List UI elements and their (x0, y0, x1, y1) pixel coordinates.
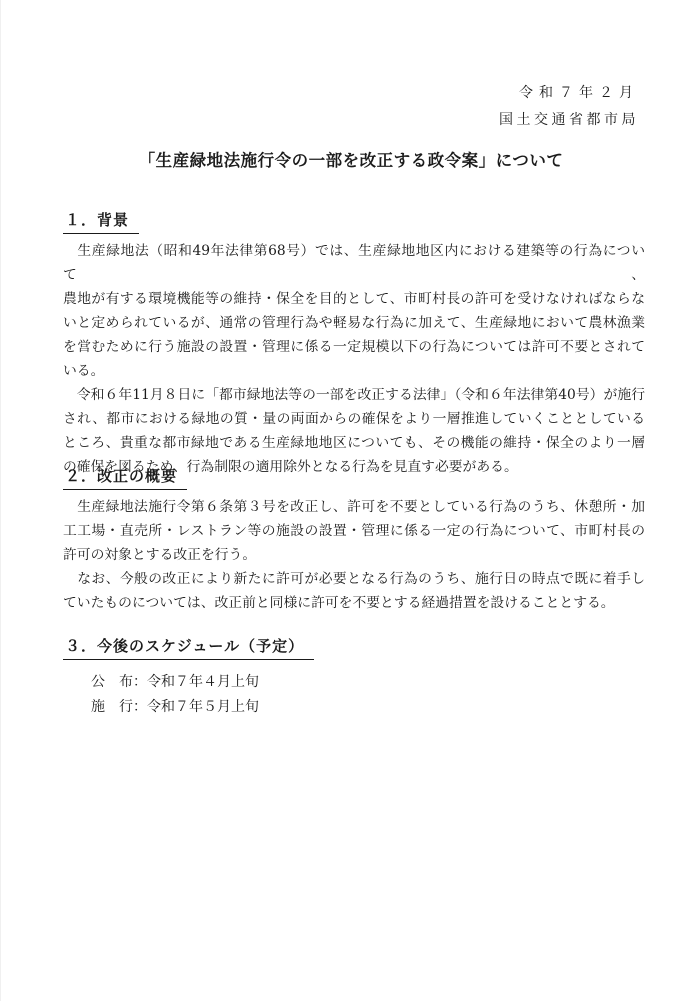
paragraph-line: 工工場・直売所・レストラン等の施設の設置・管理に係る一定の行為について、市町村長… (63, 519, 645, 543)
section-3-heading: ３．今後のスケジュール（予定） (63, 636, 645, 660)
paragraph-line: 生産緑地法施行令第６条第３号を改正し、許可を不要としている行為のうち、休憩所・加 (63, 495, 645, 519)
schedule-item-enforcement: 施 行：令和７年５月上旬 (91, 695, 645, 720)
section-3-heading-text: ３．今後のスケジュール（予定） (63, 636, 314, 660)
section-1-heading: １．背景 (63, 210, 645, 234)
document-title: 「生産緑地法施行令の一部を改正する政令案」について (1, 147, 700, 171)
section-1-heading-text: １．背景 (63, 210, 139, 234)
paragraph-line: 生産緑地法（昭和49年法律第68号）では、生産緑地地区内における建築等の行為につ… (63, 239, 645, 287)
document-date: 令和７年２月 (499, 80, 639, 107)
section-amendment-outline: ２．改正の概要 生産緑地法施行令第６条第３号を改正し、許可を不要としている行為の… (63, 466, 645, 615)
paragraph-line: 令和６年11月８日に「都市緑地法等の一部を改正する法律」（令和６年法律第40号）… (63, 383, 645, 407)
document-page: 令和７年２月 国土交通省都市局 「生産緑地法施行令の一部を改正する政令案」につい… (0, 0, 700, 1001)
paragraph-line: 農地が有する環境機能等の維持・保全を目的として、市町村長の許可を受けなければなら… (63, 287, 645, 311)
section-2-body: 生産緑地法施行令第６条第３号を改正し、許可を不要としている行為のうち、休憩所・加… (63, 495, 645, 615)
section-1-body: 生産緑地法（昭和49年法律第68号）では、生産緑地地区内における建築等の行為につ… (63, 239, 645, 479)
paragraph-line: 許可の対象とする改正を行う。 (63, 543, 645, 567)
section-2-heading: ２．改正の概要 (63, 466, 645, 490)
paragraph-line: ところ、貴重な都市緑地である生産緑地地区についても、その機能の維持・保全のより一… (63, 431, 645, 455)
paragraph-line: いる。 (63, 359, 645, 383)
schedule-item-promulgation: 公 布：令和７年４月上旬 (91, 670, 645, 695)
section-2-heading-text: ２．改正の概要 (63, 466, 187, 490)
paragraph-line: を営むために行う施設の設置・管理に係る一定規模以下の行為については許可不要とされ… (63, 335, 645, 359)
section-schedule: ３．今後のスケジュール（予定） 公 布：令和７年４月上旬 施 行：令和７年５月上… (63, 636, 645, 720)
paragraph-line: ていたものについては、改正前と同様に許可を不要とする経過措置を設けることとする。 (63, 591, 645, 615)
section-background: １．背景 生産緑地法（昭和49年法律第68号）では、生産緑地地区内における建築等… (63, 210, 645, 479)
paragraph-line: され、都市における緑地の質・量の両面からの確保をより一層推進していくこととしてい… (63, 407, 645, 431)
header-meta: 令和７年２月 国土交通省都市局 (499, 80, 639, 134)
section-3-body: 公 布：令和７年４月上旬 施 行：令和７年５月上旬 (63, 670, 645, 720)
paragraph-line: なお、今般の改正により新たに許可が必要となる行為のうち、施行日の時点で既に着手し (63, 567, 645, 591)
paragraph-line: いと定められているが、通常の管理行為や軽易な行為に加えて、生産緑地において農林漁… (63, 311, 645, 335)
issuing-organization: 国土交通省都市局 (499, 107, 639, 134)
